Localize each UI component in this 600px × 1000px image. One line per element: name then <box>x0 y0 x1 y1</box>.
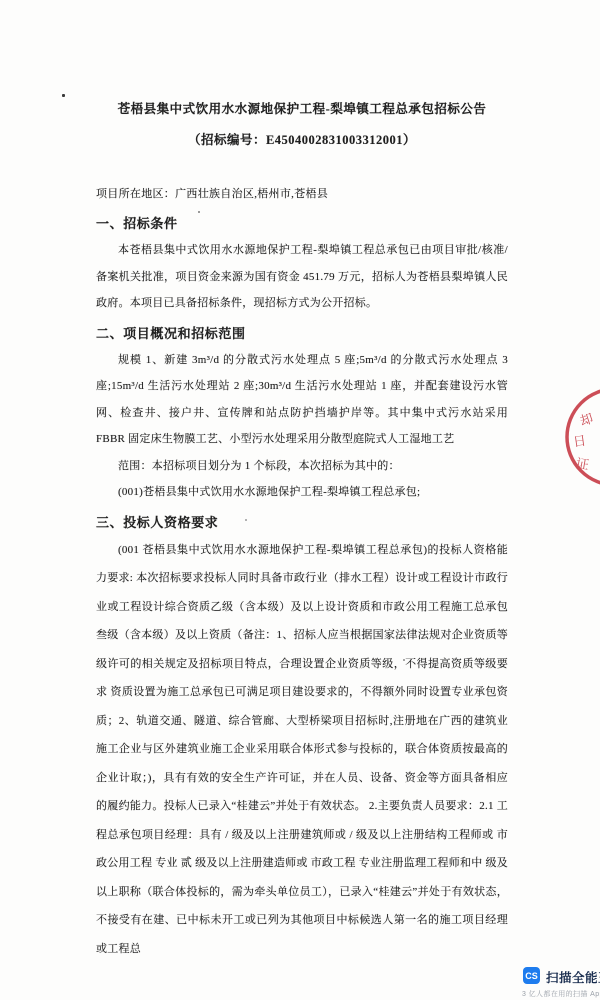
camscanner-app-name: 扫描全能王™ <box>546 968 600 986</box>
section-3-paragraph: (001 苍梧县集中式饮用水水源地保护工程-梨埠镇工程总承包)的投标人资格能力要… <box>96 536 508 964</box>
scan-speck <box>198 211 200 213</box>
red-seal-stamp: 却 日 证 <box>540 375 600 515</box>
section-2-heading: 二、项目概况和招标范围 <box>96 320 508 347</box>
section-2-paragraph-range: 范围：本招标项目划分为 1 个标段，本次招标为其中的： <box>96 453 508 480</box>
document-title: 苍梧县集中式饮用水水源地保护工程-梨埠镇工程总承包招标公告 <box>96 0 508 125</box>
project-location-line: 项目所在地区：广西壮族自治区,梧州市,苍梧县 <box>96 181 508 207</box>
stamp-char-2: 日 <box>572 433 587 450</box>
scanned-document-page: 苍梧县集中式饮用水水源地保护工程-梨埠镇工程总承包招标公告 （招标编号：E450… <box>0 0 600 1000</box>
camscanner-name-text: 扫描全能王 <box>546 971 600 985</box>
stamp-char-3: 证 <box>575 455 590 472</box>
camscanner-tagline: 3 亿人都在用的扫描 App <box>522 989 600 999</box>
tender-number-line: （招标编号：E4504002831003312001） <box>96 125 508 156</box>
camscanner-logo-icon: CS <box>523 967 540 984</box>
scan-speck <box>245 519 247 521</box>
scan-speck <box>62 94 65 97</box>
section-1-paragraph: 本苍梧县集中式饮用水水源地保护工程-梨埠镇工程总承包已由项目审批/核准/备案机关… <box>96 237 508 317</box>
section-1-heading: 一、招标条件 <box>96 210 508 237</box>
scan-speck <box>403 659 405 661</box>
section-2-paragraph-scope: 规模 1、新建 3m³/d 的分散式污水处理点 5 座;5m³/d 的分散式污水… <box>96 347 508 453</box>
section-3-heading: 三、投标人资格要求 <box>96 509 508 536</box>
section-2-paragraph-lot: (001)苍梧县集中式饮用水水源地保护工程-梨埠镇工程总承包; <box>96 479 508 506</box>
stamp-char-1: 却 <box>578 411 595 429</box>
document-content: 苍梧县集中式饮用水水源地保护工程-梨埠镇工程总承包招标公告 （招标编号：E450… <box>96 0 508 963</box>
